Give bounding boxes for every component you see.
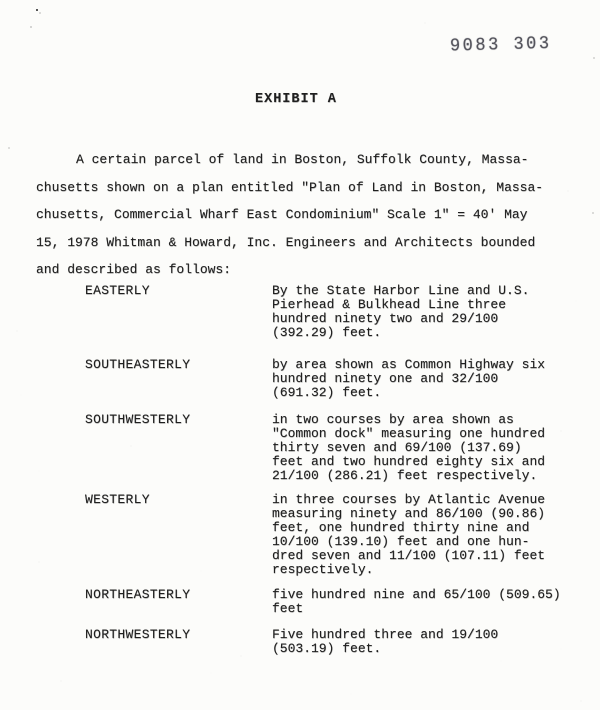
boundary-list: EASTERLY By the State Harbor Line and U.… — [85, 284, 575, 668]
boundary-direction: SOUTHEASTERLY — [85, 358, 272, 400]
boundary-direction: WESTERLY — [85, 493, 272, 577]
boundary-description: Five hundred three and 19/100(503.19) fe… — [272, 628, 575, 656]
boundary-row-westerly: WESTERLY in three courses by Atlantic Av… — [85, 493, 575, 577]
boundary-direction: SOUTHWESTERLY — [85, 413, 272, 483]
boundary-description: in two courses by area shown as"Common d… — [272, 413, 575, 483]
boundary-row-easterly: EASTERLY By the State Harbor Line and U.… — [85, 284, 575, 340]
boundary-row-northwesterly: NORTHWESTERLY Five hundred three and 19/… — [85, 628, 575, 656]
boundary-row-northeasterly: NORTHEASTERLY five hundred nine and 65/1… — [85, 588, 575, 616]
boundary-row-southeasterly: SOUTHEASTERLY by area shown as Common Hi… — [85, 358, 575, 400]
document-page: 9083 303 EXHIBIT A A certain parcel of l… — [0, 0, 600, 710]
boundary-direction: NORTHWESTERLY — [85, 628, 272, 656]
boundary-direction: EASTERLY — [85, 284, 272, 340]
exhibit-title: EXHIBIT A — [255, 92, 337, 107]
boundary-row-southwesterly: SOUTHWESTERLY in two courses by area sho… — [85, 413, 575, 483]
boundary-direction: NORTHEASTERLY — [85, 588, 272, 616]
boundary-description: five hundred nine and 65/100 (509.65)fee… — [272, 588, 575, 616]
boundary-description: in three courses by Atlantic Avenuemeasu… — [272, 493, 575, 577]
intro-paragraph: A certain parcel of land in Boston, Suff… — [36, 146, 566, 284]
boundary-description: By the State Harbor Line and U.S.Pierhea… — [272, 284, 575, 340]
book-page-stamp: 9083 303 — [450, 34, 552, 57]
scan-noise — [0, 0, 2, 2]
boundary-description: by area shown as Common Highway sixhundr… — [272, 358, 575, 400]
